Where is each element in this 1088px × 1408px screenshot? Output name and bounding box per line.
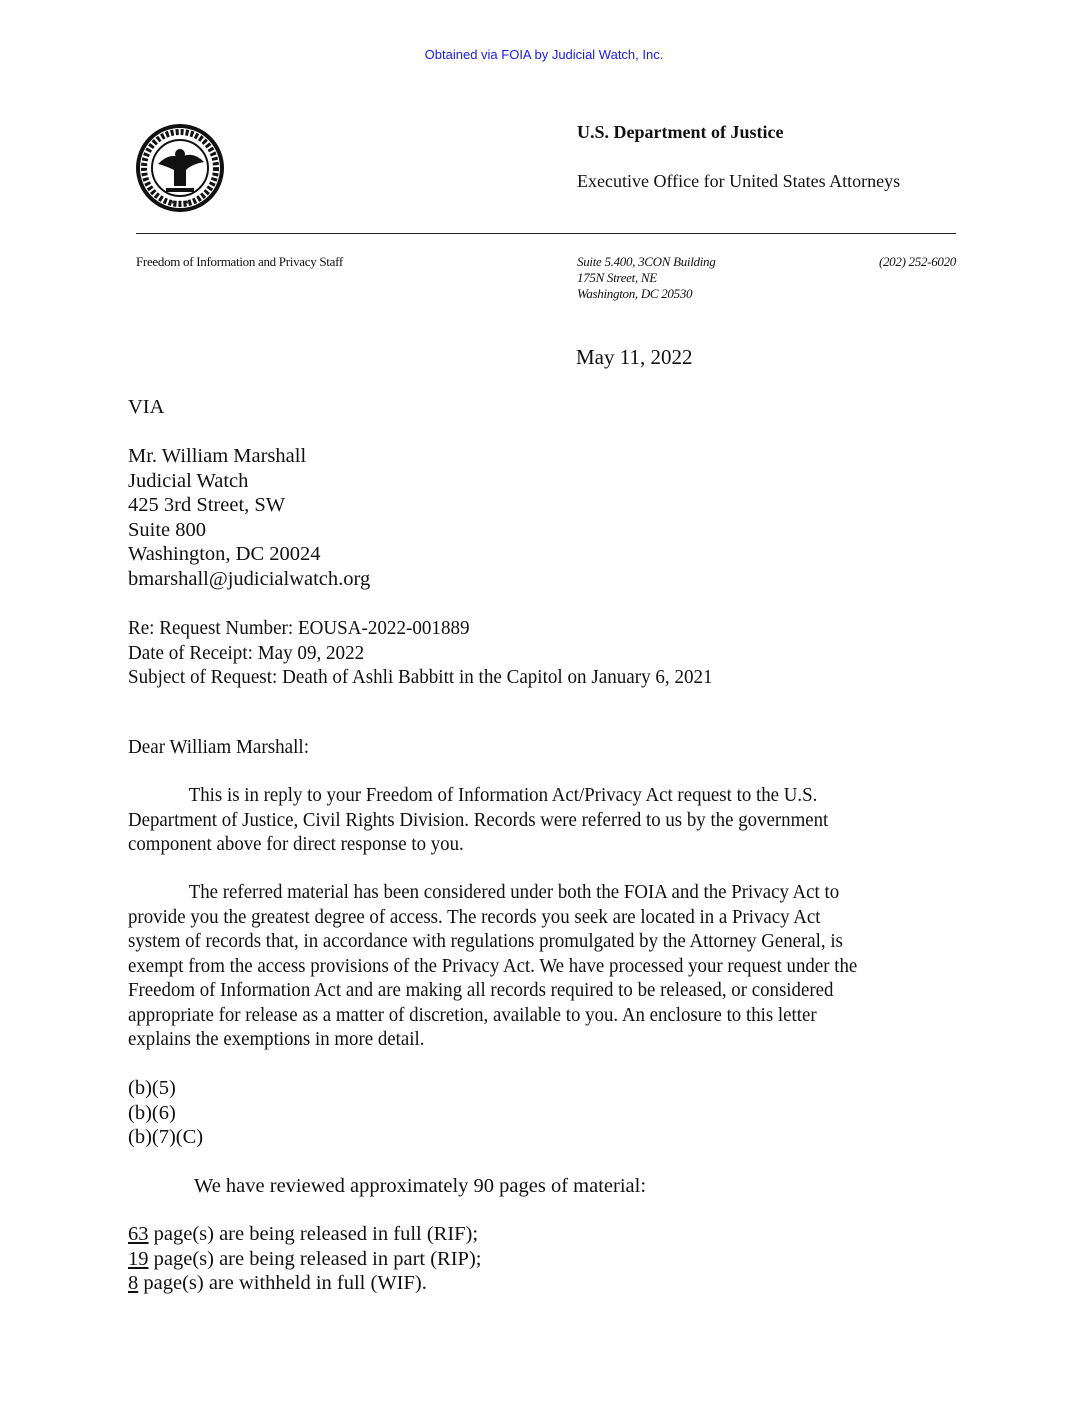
address-line: Suite 5.400, 3CON Building — [577, 254, 715, 270]
count-text: page(s) are being released in full (RIF)… — [149, 1223, 479, 1245]
recipient-line: 425 3rd Street, SW — [128, 493, 968, 518]
count-value: 19 — [128, 1248, 149, 1270]
recipient-line: Washington, DC 20024 — [128, 542, 968, 567]
via-line: VIA — [128, 395, 968, 420]
date-of-receipt: Date of Receipt: May 09, 2022 — [128, 641, 909, 666]
page-count-list: 63 page(s) are being released in full (R… — [128, 1222, 968, 1296]
recipient-line: Judicial Watch — [128, 469, 968, 494]
exemption-list: (b)(5) (b)(6) (b)(7)(C) — [128, 1076, 968, 1150]
count-value: 8 — [128, 1272, 138, 1294]
paragraph-line: Freedom of Information Act and are makin… — [128, 978, 956, 1003]
recipient-email: bmarshall@judicialwatch.org — [128, 567, 968, 592]
paragraph-referred-material: The referred material has been considere… — [128, 880, 956, 1052]
paragraph-line: exempt from the access provisions of the… — [128, 954, 956, 979]
page-count-wif: 8 page(s) are withheld in full (WIF). — [128, 1271, 968, 1296]
page-count-rif: 63 page(s) are being released in full (R… — [128, 1222, 968, 1247]
letterhead-divider — [136, 233, 956, 234]
paragraph-line: component above for direct response to y… — [128, 832, 956, 857]
recipient-address: Mr. William Marshall Judicial Watch 425 … — [128, 444, 968, 591]
count-value: 63 — [128, 1223, 149, 1245]
count-text: page(s) are withheld in full (WIF). — [138, 1272, 427, 1294]
salutation: Dear William Marshall: — [128, 735, 909, 760]
letter-date: May 11, 2022 — [576, 345, 692, 370]
paragraph-line: This is in reply to your Freedom of Info… — [128, 783, 956, 808]
agency-name: U.S. Department of Justice — [577, 122, 783, 143]
paragraph-line: provide you the greatest degree of acces… — [128, 905, 956, 930]
request-number: Re: Request Number: EOUSA-2022-001889 — [128, 616, 909, 641]
paragraph-line: system of records that, in accordance wi… — [128, 929, 956, 954]
paragraph-line: explains the exemptions in more detail. — [128, 1027, 956, 1052]
office-name: Executive Office for United States Attor… — [577, 171, 900, 192]
paragraph-reply: This is in reply to your Freedom of Info… — [128, 783, 956, 857]
office-phone: (202) 252-6020 — [879, 254, 956, 270]
staff-name: Freedom of Information and Privacy Staff — [136, 254, 343, 270]
paragraph-line: appropriate for release as a matter of d… — [128, 1003, 956, 1028]
page-count-rip: 19 page(s) are being released in part (R… — [128, 1247, 968, 1272]
pages-reviewed: We have reviewed approximately 90 pages … — [128, 1174, 968, 1199]
svg-text:★ ★ ★: ★ ★ ★ — [170, 199, 189, 206]
recipient-line: Mr. William Marshall — [128, 444, 968, 469]
reference-block: Re: Request Number: EOUSA-2022-001889 Da… — [128, 616, 909, 690]
paragraph-line: The referred material has been considere… — [128, 880, 956, 905]
exemption-item: (b)(6) — [128, 1101, 968, 1126]
count-text: page(s) are being released in part (RIP)… — [149, 1248, 482, 1270]
exemption-item: (b)(7)(C) — [128, 1125, 968, 1150]
office-address: Suite 5.400, 3CON Building 175N Street, … — [577, 254, 715, 302]
exemption-item: (b)(5) — [128, 1076, 968, 1101]
address-line: 175N Street, NE — [577, 270, 715, 286]
recipient-line: Suite 800 — [128, 518, 968, 543]
paragraph-line: Department of Justice, Civil Rights Divi… — [128, 808, 956, 833]
doj-seal-icon: ★ ★ ★ — [136, 124, 224, 212]
foia-watermark: Obtained via FOIA by Judicial Watch, Inc… — [0, 47, 1088, 62]
subject-of-request: Subject of Request: Death of Ashli Babbi… — [128, 665, 909, 690]
address-line: Washington, DC 20530 — [577, 286, 715, 302]
